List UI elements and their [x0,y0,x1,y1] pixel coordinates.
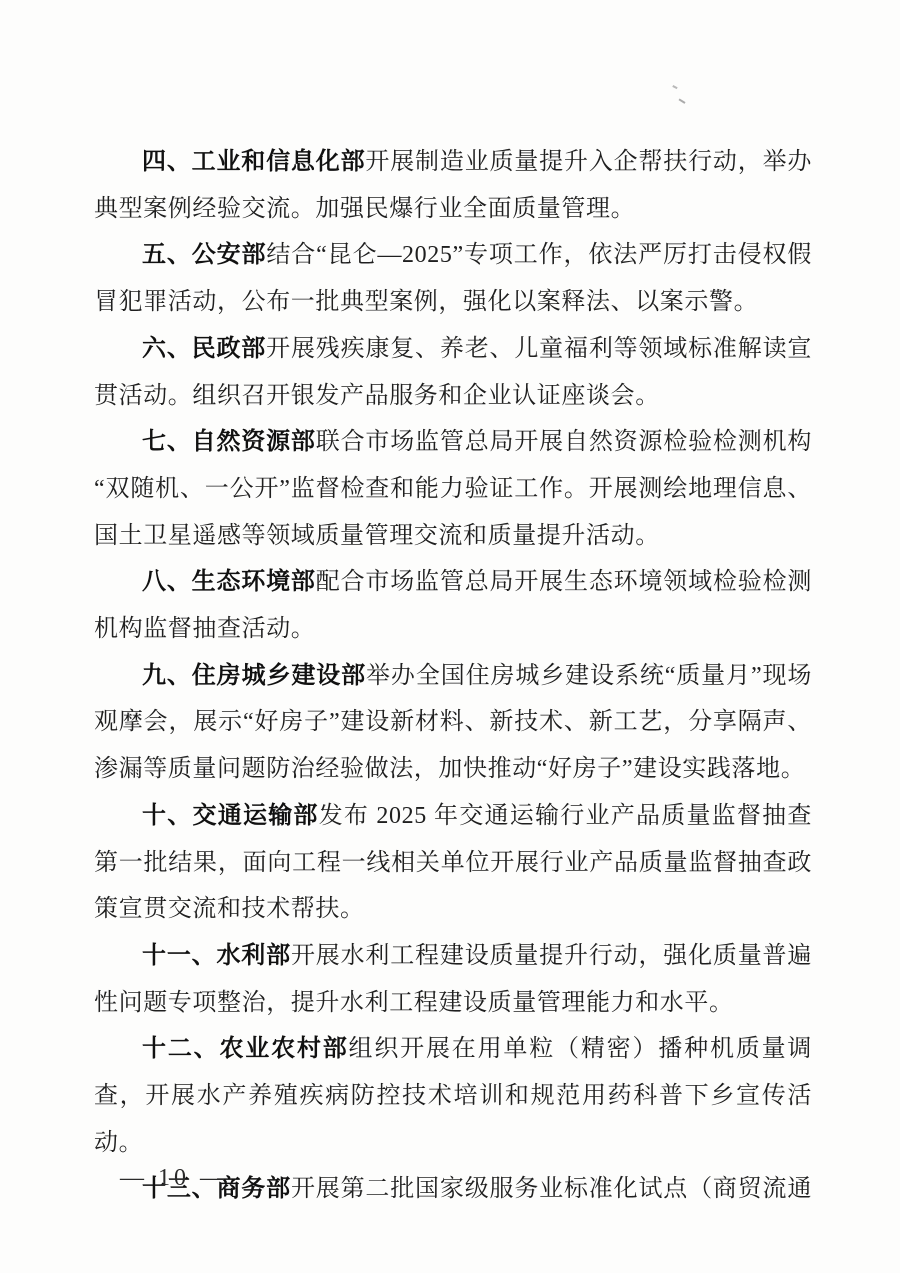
paragraph-lead: 四、工业和信息化部 [142,148,365,175]
paragraph-7: 七、自然资源部联合市场监管总局开展自然资源检验检测机构“双随机、一公开”监督检查… [94,419,812,559]
paragraph-4: 四、工业和信息化部开展制造业质量提升入企帮扶行动，举办典型案例经验交流。加强民爆… [94,139,812,232]
paragraph-lead: 十二、农业农村部 [142,1035,349,1062]
paragraph-11: 十一、水利部开展水利工程建设质量提升行动，强化质量普遍性问题专项整治，提升水利工… [94,933,812,1026]
scan-artifact [671,85,677,91]
paragraph-lead: 五、公安部 [142,241,266,268]
document-page: 四、工业和信息化部开展制造业质量提升入企帮扶行动，举办典型案例经验交流。加强民爆… [0,0,900,1273]
page-number: — 10 — [120,1165,228,1192]
paragraph-6: 六、民政部开展残疾康复、养老、儿童福利等领域标准解读宣贯活动。组织召开银发产品服… [94,326,812,419]
paragraph-lead: 九、住房城乡建设部 [142,662,366,689]
scan-artifact [677,98,685,105]
paragraph-lead: 八、生态环境部 [142,568,316,595]
paragraph-lead: 十一、水利部 [142,942,291,969]
paragraph-10: 十、交通运输部发布 2025 年交通运输行业产品质量监督抽查第一批结果，面向工程… [94,793,812,933]
paragraph-lead: 十、交通运输部 [142,802,319,829]
document-body: 四、工业和信息化部开展制造业质量提升入企帮扶行动，举办典型案例经验交流。加强民爆… [94,139,812,1213]
paragraph-5: 五、公安部结合“昆仑—2025”专项工作，依法严厉打击侵权假冒犯罪活动，公布一批… [94,232,812,325]
paragraph-body: 开展第二批国家级服务业标准化试点（商贸流通 [291,1176,812,1202]
paragraph-8: 八、生态环境部配合市场监管总局开展生态环境领域检验检测机构监督抽查活动。 [94,559,812,652]
paragraph-lead: 七、自然资源部 [142,428,316,455]
paragraph-9: 九、住房城乡建设部举办全国住房城乡建设系统“质量月”现场观摩会，展示“好房子”建… [94,653,812,793]
paragraph-lead: 六、民政部 [142,335,266,362]
paragraph-12: 十二、农业农村部组织开展在用单粒（精密）播种机质量调查，开展水产养殖疾病防控技术… [94,1026,812,1166]
